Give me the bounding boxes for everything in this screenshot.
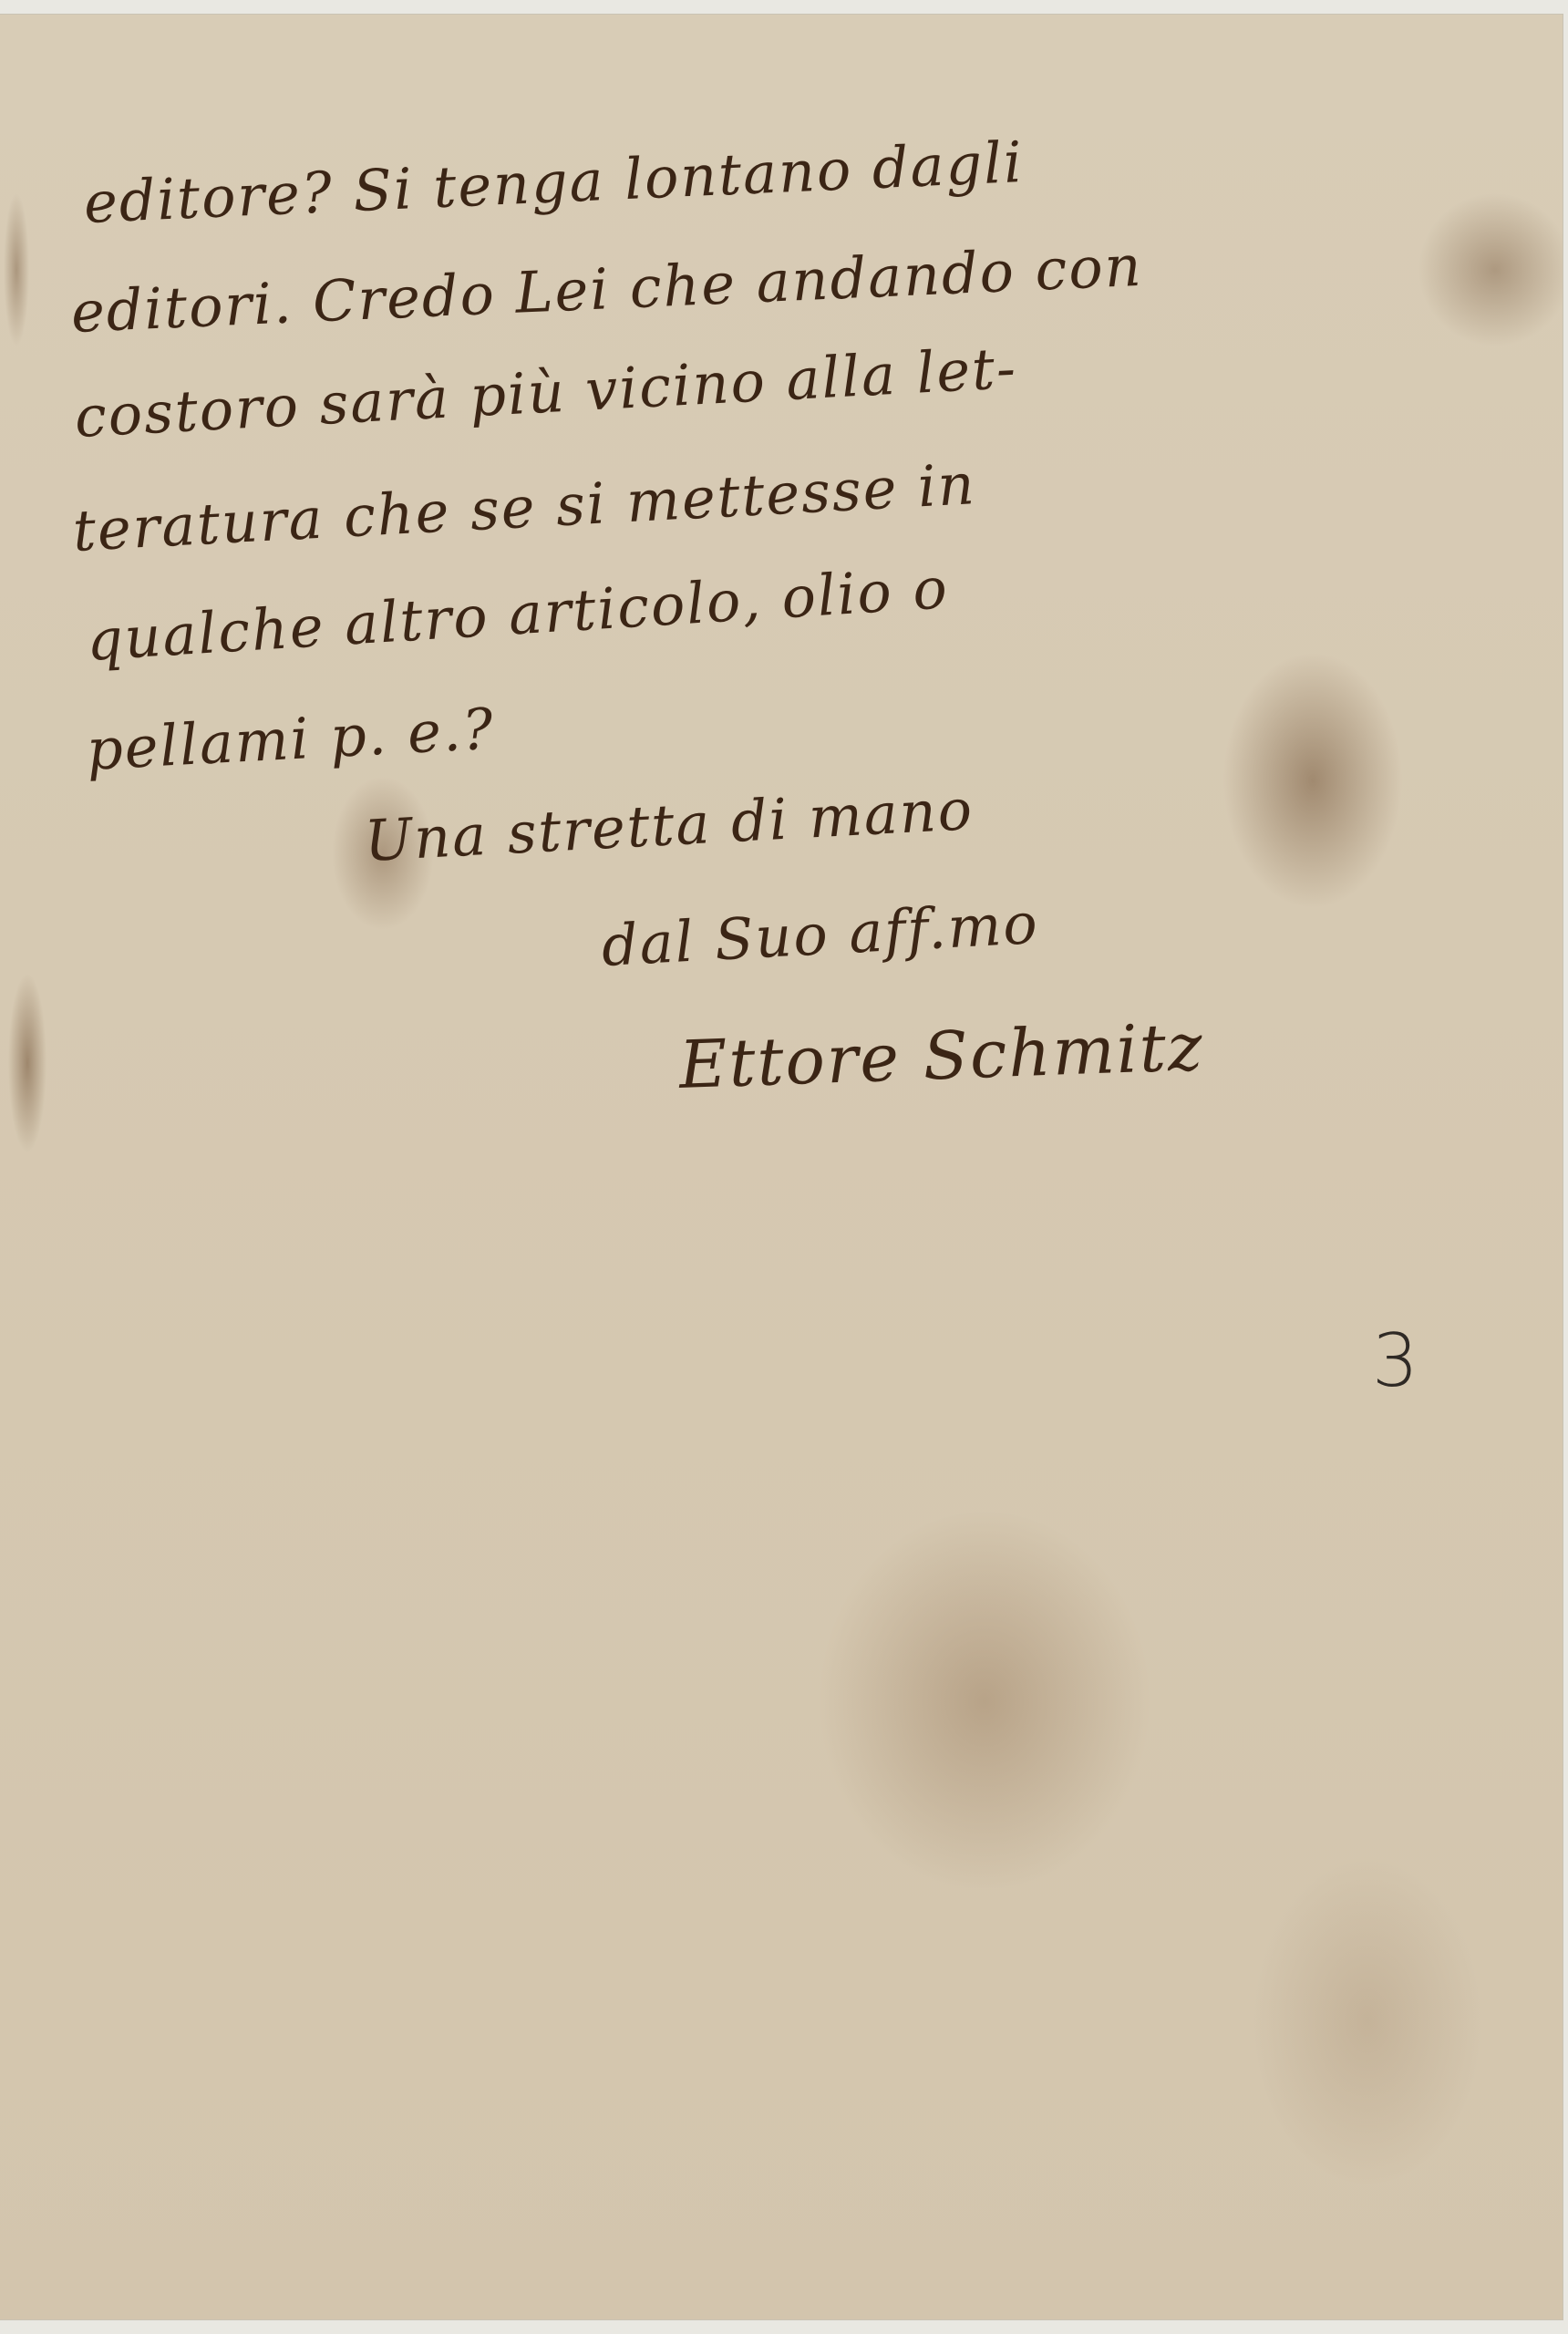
letter-line-6: pellami p. e.? bbox=[85, 696, 496, 783]
closing-line-1: Una stretta di mano bbox=[363, 776, 975, 874]
letter-page: editore? Si tenga lontano dagli editori.… bbox=[0, 15, 1563, 2319]
closing-line-2: dal Suo aff.mo bbox=[600, 890, 1040, 979]
letter-line-4: teratura che se si mettesse in bbox=[71, 450, 977, 564]
letter-line-2: editori. Credo Lei che andando con bbox=[69, 232, 1144, 346]
letter-line-1: editore? Si tenga lontano dagli bbox=[82, 129, 1025, 236]
page-number: 3 bbox=[1372, 1318, 1418, 1403]
letter-line-5: qualche altro articolo, olio o bbox=[85, 554, 951, 674]
signature: Ettore Schmitz bbox=[678, 1008, 1205, 1103]
letter-line-3: costoro sarà più vicino alla let- bbox=[73, 335, 1018, 450]
